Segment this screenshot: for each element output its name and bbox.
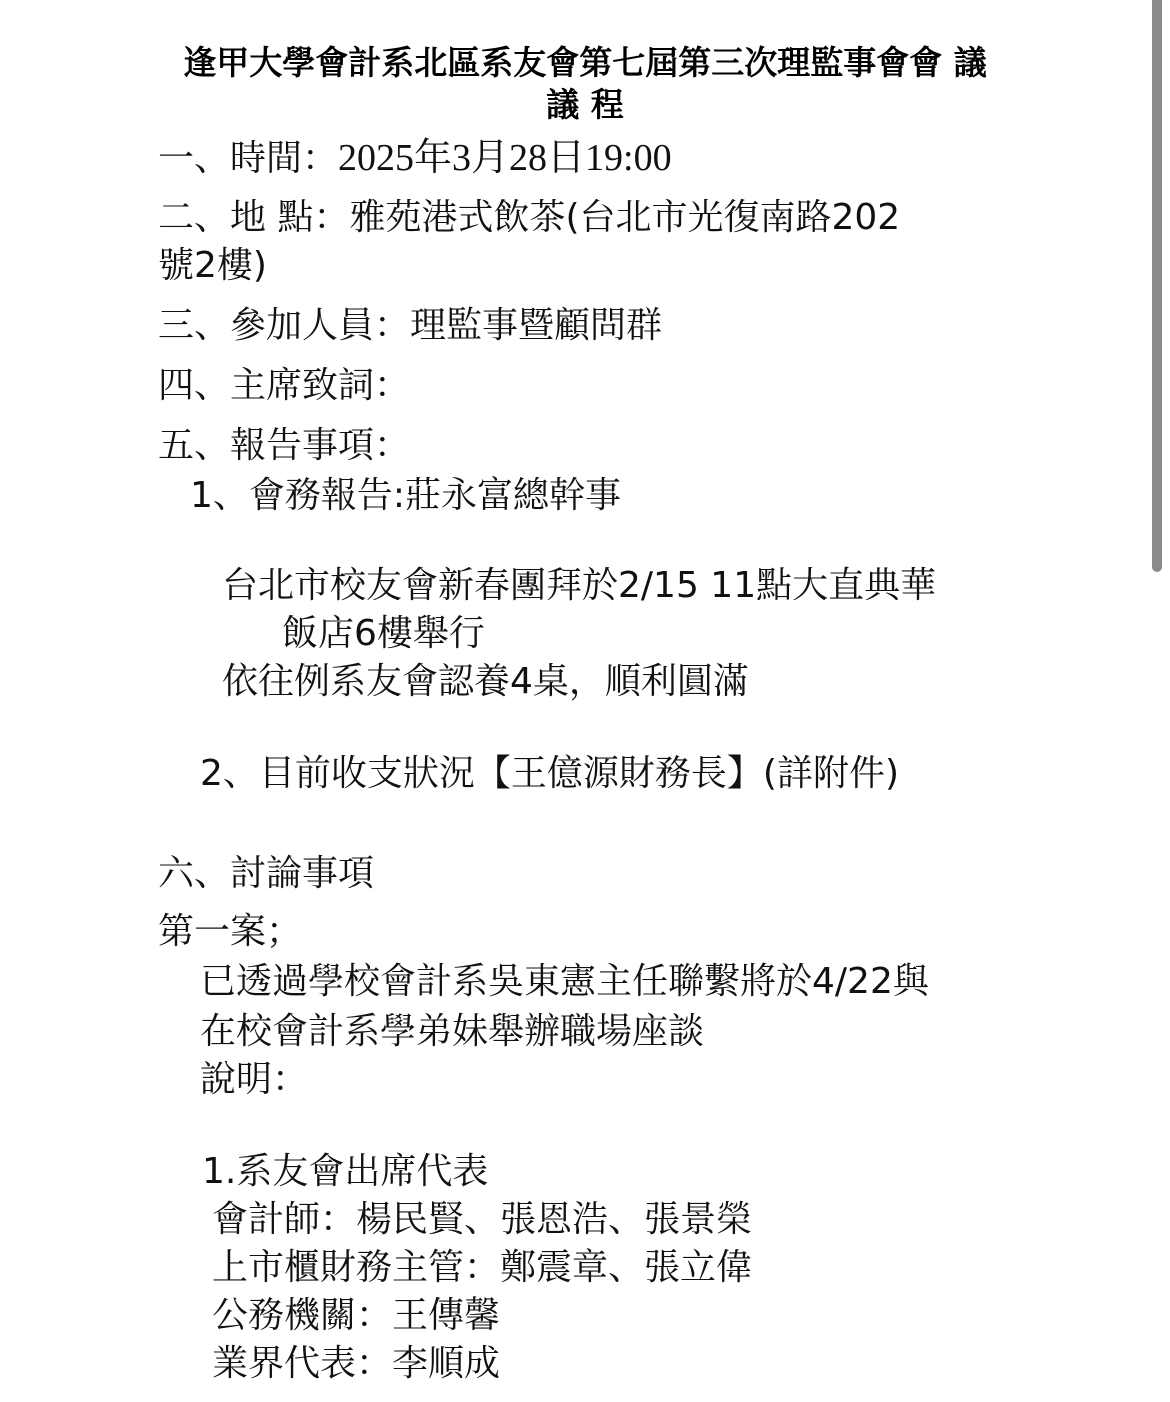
report-item2-title: 2、目前收支狀況【王億源財務長】(詳附件) [200,752,899,796]
document-title-line2: 議 程 [150,82,1020,128]
discussion-case1-label: 第一案； [158,910,302,954]
representative-line: 業界代表：李順成 [212,1342,500,1386]
section-attendees-value: 理監事暨顧問群 [410,305,662,346]
document-title-line1: 逢甲大學會計系北區系友會第七屆第三次理監事會會 議 [150,40,1020,86]
section-location-value-line1: 雅苑港式飲茶(台北市光復南路202 [349,197,900,238]
section-attendees-label: 三、參加人員： [158,305,410,346]
document-page: 逢甲大學會計系北區系友會第七屆第三次理監事會會 議 議 程 一、時間：2025年… [0,0,1170,1402]
representative-line: 上市櫃財務主管：鄭震章、張立偉 [212,1246,752,1290]
representative-line: 公務機關：王傳馨 [212,1294,500,1338]
section-location: 二、地 點：雅苑港式飲茶(台北市光復南路202 [158,196,900,240]
report-item1-title: 1、會務報告:莊永富總幹事 [190,474,621,518]
discussion-case1-line1: 已透過學校會計系吳東憲主任聯繫將於4/22與 [200,960,929,1004]
vertical-scrollbar[interactable] [1152,0,1162,572]
discussion-case1-point1-title: 1.系友會出席代表 [202,1150,488,1194]
section-time-label: 一、時間： [158,138,338,179]
discussion-case1-explain-label: 說明： [200,1058,308,1102]
section-chair-speech: 四、主席致詞： [158,364,410,408]
section-location-value-line2: 號2樓) [158,244,267,288]
representative-line: 會計師：楊民賢、張恩浩、張景榮 [212,1198,752,1242]
section-time-value: 2025年3月28日19:00 [338,137,672,179]
discussion-case1-line2: 在校會計系學弟妹舉辦職場座談 [200,1010,704,1054]
report-item1-line2: 飯店6樓舉行 [282,612,485,656]
report-item1-line1: 台北市校友會新春團拜於2/15 11點大直典華 [222,564,936,608]
section-location-label: 二、地 點： [158,197,349,238]
section-discussion: 六、討論事項 [158,852,374,896]
report-item1-line3: 依往例系友會認養4桌，順利圓滿 [222,660,749,704]
section-time: 一、時間：2025年3月28日19:00 [158,136,672,181]
section-attendees: 三、參加人員：理監事暨顧問群 [158,304,662,348]
section-reports: 五、報告事項： [158,424,410,468]
